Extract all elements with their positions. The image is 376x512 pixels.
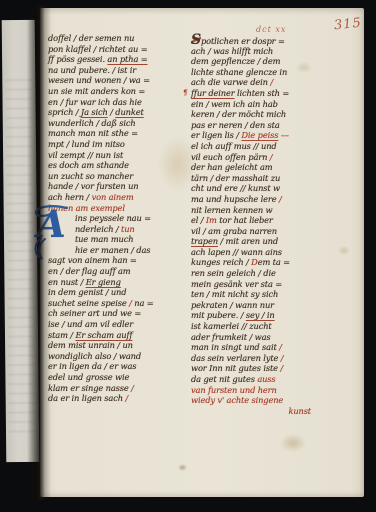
- parchment-stain: [338, 246, 350, 255]
- manuscript-text-line: ¶ffur deiner lichten sth =: [191, 88, 333, 99]
- manuscript-text-line: mpt / lund im nitso: [48, 139, 190, 150]
- body-text: lichten sth =: [235, 88, 290, 98]
- manuscript-text-line: vil zempt // nun ist: [48, 150, 190, 161]
- rubric-text: wiedy v' achte singene: [191, 395, 283, 405]
- manuscript-text-line: cht und ere // kunst w: [191, 183, 333, 194]
- body-text: stam /: [48, 330, 75, 340]
- body-text: pon klaffel / richtet au =: [48, 44, 148, 54]
- manuscript-text-line: un zucht so mancher: [48, 171, 190, 182]
- manuscript-text-line: da get nit gutes auss: [191, 374, 333, 385]
- body-text: klam er singe nasse: [48, 383, 131, 393]
- manuscript-text-line: pekraten / wann nur: [191, 300, 333, 311]
- manuscript-text-line: pon klaffel / richtet au =: [48, 44, 190, 55]
- body-text: ffur deiner: [191, 88, 235, 98]
- body-text: en / fur war ich das hie: [48, 97, 142, 107]
- body-text: un zucht so mancher: [48, 171, 133, 181]
- rubric-text: Die peiss: [241, 130, 278, 140]
- body-text: in dem genist / und: [48, 287, 126, 297]
- body-text: Er gieng: [86, 277, 121, 287]
- manuscript-text-line: ach hern / von ainem: [48, 192, 190, 203]
- manuscript-text-line: trapen / mit aren und: [191, 236, 333, 247]
- rubric-text: /: [280, 363, 283, 373]
- body-text: ach hern /: [48, 192, 92, 202]
- manuscript-text-line: da er in ligen sach /: [48, 393, 190, 404]
- body-text: man in singt und sait: [191, 342, 279, 352]
- body-text: cht und ere // kunst w: [191, 183, 280, 193]
- rubric-text: /: [281, 353, 284, 363]
- rubric-text: kunst: [288, 406, 311, 416]
- manuscript-text-line: wunderlich / daß sich: [48, 118, 190, 129]
- manuscript-text-line: sprich / Ja sich / dunket: [48, 107, 190, 118]
- body-text: dunket: [115, 107, 143, 117]
- body-text: ten / mit nicht sy sich: [191, 289, 278, 299]
- manuscript-text-line: ch seiner art und we =: [48, 308, 190, 319]
- manuscript-text-line: edel und grosse wie: [48, 372, 190, 383]
- body-text: ins peyssele nau =: [75, 213, 151, 223]
- body-text: el /: [191, 215, 206, 225]
- body-text: ach / was hilfft mich: [191, 46, 273, 56]
- body-text: dem gepflencze / dem: [191, 56, 280, 66]
- body-text: ader frumkeit / was: [191, 332, 270, 342]
- body-text: er in ligen da / er was: [48, 361, 136, 371]
- body-text: tor hat lieber: [217, 215, 273, 225]
- manuscript-text-line: der han geleicht am: [191, 162, 333, 173]
- text-column-right: Spotlichen er dospr =ach / was hilfft mi…: [191, 35, 333, 416]
- manuscript-text-line: ach lapen // wann ains: [191, 247, 333, 258]
- body-text: wor Inn nit gutes iste: [191, 363, 280, 373]
- manuscript-text-line: ff pöss gessei. an ptha =: [48, 54, 190, 65]
- body-text: an ptha =: [107, 54, 147, 64]
- manuscript-text-line: el ich auff mus // und: [191, 141, 333, 152]
- body-text: doffel / der semen nu: [48, 33, 134, 43]
- rubric-text: /: [125, 393, 128, 403]
- manuscript-text-line: er ligen lis / Die peiss ––: [191, 130, 333, 141]
- body-text: vil euch offen pärn: [191, 152, 270, 162]
- manuscript-text-line: tärn / der masshait zu: [191, 173, 333, 184]
- manuscript-text-line: suchet seine speise / na =: [48, 298, 190, 309]
- manuscript-text-line: es doch am sthande: [48, 160, 190, 171]
- manuscript-text-line: un sie mit anders kon =: [48, 86, 190, 97]
- manuscript-text-line: in dem genist / und: [48, 287, 190, 298]
- body-text: na =: [132, 298, 154, 308]
- body-text: vil zempt // nun ist: [48, 150, 123, 160]
- body-text: / mit aren und: [218, 236, 278, 246]
- manuscript-text-line: ten / mit nicht sy sich: [191, 289, 333, 300]
- rubric-text: tun: [121, 224, 135, 234]
- manuscript-text-line: wondiglich also / wand: [48, 351, 190, 362]
- rubric-text: /: [279, 194, 282, 204]
- rubric-text: auss: [257, 374, 275, 384]
- body-text: Er scham auff: [75, 330, 132, 340]
- text-column-left: doffel / der semen nupon klaffel / richt…: [48, 33, 190, 404]
- rubric-text: /: [270, 77, 273, 87]
- manuscript-text-line: nit lernen kennen w: [191, 205, 333, 216]
- body-text: es doch am sthande: [48, 160, 129, 170]
- manuscript-text-line: manch man nit sthe =: [48, 128, 190, 139]
- manuscript-text-line: dem gepflencze / dem: [191, 56, 333, 67]
- body-text: en / der flag auff am: [48, 266, 131, 276]
- body-text: lichte sthane glencze in: [191, 67, 287, 77]
- body-text: sey / in: [246, 310, 275, 320]
- manuscript-text-line: en / der flag auff am: [48, 266, 190, 277]
- manuscript-text-line: mit pubere. / sey / in: [191, 310, 333, 321]
- parchment-stain: [178, 464, 187, 471]
- manuscript-text-line: mein gesänk ver sta =: [191, 279, 333, 290]
- manuscript-text-line: vil / am graba narren: [191, 226, 333, 237]
- body-text: er ligen lis /: [191, 130, 241, 140]
- body-text: da get nit gutes: [191, 374, 257, 384]
- body-text: ach die varwe dein: [191, 77, 270, 87]
- body-text: vil / am graba narren: [191, 226, 277, 236]
- manuscript-text-line: das sein verlaren lyte /: [191, 353, 333, 364]
- body-text: kunges reich /: [191, 257, 251, 267]
- manuscript-text-line: wesen und wonen / wa =: [48, 75, 190, 86]
- body-text: ren sein geleich / die: [191, 268, 276, 278]
- manuscript-text-line: wiedy v' achte singene: [191, 395, 333, 406]
- manuscript-page: dct xx 315 doffel / der semen nupon klaf…: [40, 8, 364, 497]
- manuscript-text-line: ren sein geleich / die: [191, 268, 333, 279]
- manuscript-text-line: en nust / Er gieng: [48, 277, 190, 288]
- body-text: un sie mit anders kon =: [48, 86, 145, 96]
- body-text: da er in ligen sach: [48, 393, 125, 403]
- manuscript-text-line: el / Im tor hat lieber: [191, 215, 333, 226]
- manuscript-text-line: kunges reich / Dem ta =: [191, 257, 333, 268]
- manuscript-text-line: ins peyssele nau =: [48, 213, 190, 224]
- body-text: pekraten / wann nur: [191, 300, 274, 310]
- rubric-text: ––: [278, 130, 288, 140]
- body-text: el ich auff mus // und: [191, 141, 277, 151]
- manuscript-text-line: klam er singe nasse /: [48, 383, 190, 394]
- quire-mark: dct xx: [256, 25, 286, 34]
- body-text: ¶: [183, 88, 187, 99]
- body-text: wesen und wonen / wa =: [48, 75, 150, 85]
- body-text: das sein verlaren lyte: [191, 353, 281, 363]
- body-text: sprich /: [48, 107, 81, 117]
- manuscript-text-line: ader frumkeit / was: [191, 332, 333, 343]
- manuscript-text-line: hande / vor fursten un: [48, 181, 190, 192]
- manuscript-photo: dct xx 315 doffel / der semen nupon klaf…: [0, 0, 376, 512]
- parchment-stain: [280, 434, 306, 452]
- body-text: manch man nit sthe =: [48, 128, 138, 138]
- body-text: der han geleicht am: [191, 162, 272, 172]
- body-text: wunderlich / daß sich: [48, 118, 136, 128]
- body-text: en nust /: [48, 277, 86, 287]
- manuscript-text-line: hie er manen / das: [48, 245, 190, 256]
- body-text: ist kamerlei // zucht: [191, 321, 272, 331]
- rubric-text: von ainem: [92, 192, 134, 202]
- rubric-text: /: [279, 342, 282, 352]
- body-text: na und pubere. / ist ir: [48, 65, 136, 75]
- body-text: trapen: [191, 236, 218, 246]
- body-text: Ja sich: [81, 107, 108, 117]
- manuscript-text-line: van fursten und hern: [191, 385, 333, 396]
- body-text: wondiglich also / wand: [48, 351, 141, 361]
- manuscript-text-line: dem mist unrain / un: [48, 340, 190, 351]
- manuscript-text-line: wor Inn nit gutes iste /: [191, 363, 333, 374]
- body-text: potlichen er dospr =: [201, 36, 285, 46]
- manuscript-text-line: pas er neren / den sta: [191, 120, 333, 131]
- manuscript-text-line: sagt von ainem han =: [48, 255, 190, 266]
- body-text: edel und grosse wie: [48, 372, 129, 382]
- body-text: suchet seine speise: [48, 298, 129, 308]
- body-text: pas er neren / den sta: [191, 120, 280, 130]
- body-text: ein / wem ich ain hab: [191, 99, 278, 109]
- body-text: mpt / lund im nitso: [48, 139, 125, 149]
- gutter-shadow: [27, 6, 51, 500]
- body-text: ma und hupsche lere: [191, 194, 279, 204]
- body-text: mit pubere. /: [191, 310, 246, 320]
- manuscript-text-line: lichte sthane glencze in: [191, 67, 333, 78]
- body-text: tue man much: [75, 234, 133, 244]
- body-text: ach lapen // wann ains: [191, 247, 282, 257]
- rubric-text: van fursten und hern: [191, 385, 277, 395]
- manuscript-text-line: Spotlichen er dospr =: [191, 35, 333, 46]
- manuscript-text-line: ein / wem ich ain hab: [191, 99, 333, 110]
- manuscript-text-line: tue man much: [48, 234, 190, 245]
- body-text: hande / vor fursten un: [48, 181, 138, 191]
- manuscript-text-line: doffel / der semen nu: [48, 33, 190, 44]
- manuscript-text-line: en / fur war ich das hie: [48, 97, 190, 108]
- manuscript-text-line: man in singt und sait /: [191, 342, 333, 353]
- manuscript-text-line: vil euch offen pärn /: [191, 152, 333, 163]
- body-text: em ta =: [258, 257, 290, 267]
- manuscript-text-line: ach die varwe dein /: [191, 77, 333, 88]
- body-text: nderleich /: [75, 224, 121, 234]
- rubric-text: /: [270, 152, 273, 162]
- folio-number: 315: [333, 16, 362, 34]
- manuscript-text-line: hanen am exempel: [48, 203, 190, 214]
- body-text: hie er manen / das: [75, 245, 150, 255]
- body-text: ise / und am vil edler: [48, 319, 133, 329]
- manuscript-text-line: ist kamerlei // zucht: [191, 321, 333, 332]
- manuscript-text-line: ise / und am vil edler: [48, 319, 190, 330]
- manuscript-text-line: na und pubere. / ist ir: [48, 65, 190, 76]
- manuscript-text-line: kunst: [191, 406, 333, 417]
- manuscript-text-line: ma und hupsche lere /: [191, 194, 333, 205]
- manuscript-text-line: stam / Er scham auff: [48, 330, 190, 341]
- body-text: dem mist unrain / un: [48, 340, 133, 350]
- manuscript-text-line: nderleich / tun: [48, 224, 190, 235]
- rubric-text: Im: [206, 215, 217, 225]
- body-text: nit lernen kennen w: [191, 205, 273, 215]
- body-text: keren / der möcht mich: [191, 109, 286, 119]
- body-text: ff pöss gessei.: [48, 54, 107, 64]
- body-text: tärn / der masshait zu: [191, 173, 280, 183]
- manuscript-text-line: ach / was hilfft mich: [191, 46, 333, 57]
- body-text: mein gesänk ver sta =: [191, 279, 282, 289]
- manuscript-text-line: keren / der möcht mich: [191, 109, 333, 120]
- body-text: ch seiner art und we =: [48, 308, 141, 318]
- rubric-text: /: [131, 383, 134, 393]
- manuscript-text-line: er in ligen da / er was: [48, 361, 190, 372]
